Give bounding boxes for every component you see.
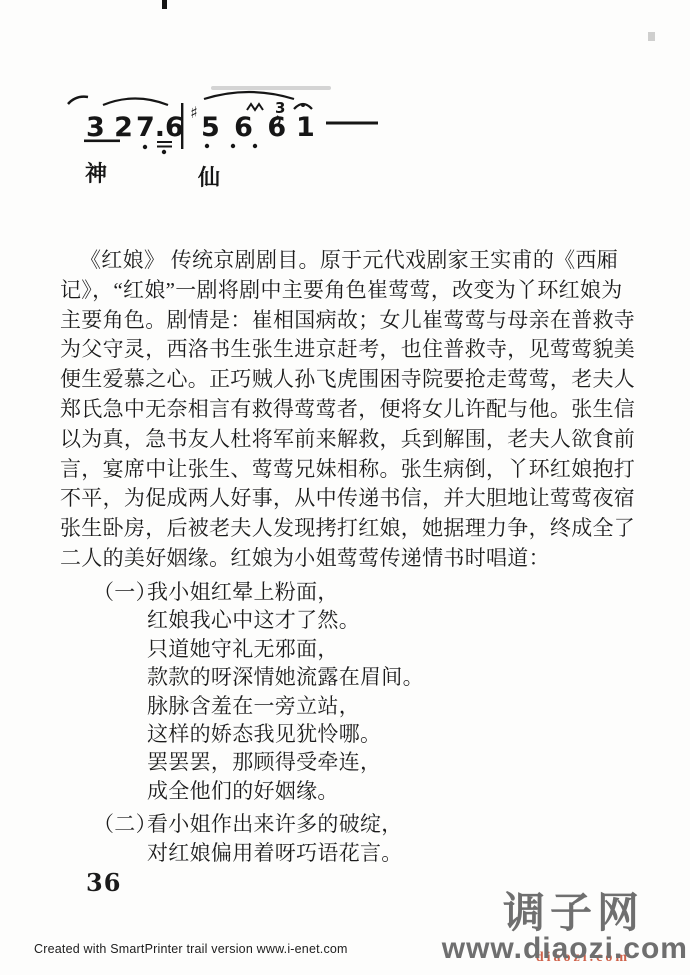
paragraph-line: 二人的美好姻缘。红娘为小姐莺莺传递情书时唱道：: [60, 544, 645, 574]
fermata-dot: [301, 103, 305, 107]
octave-dot: [143, 145, 147, 149]
paragraph-line: 不平，为促成两人好事，从中传递书信，并大胆地让莺莺夜宿: [60, 484, 645, 514]
sharp-sign: ♯: [190, 103, 198, 122]
octave-dot: [205, 144, 209, 148]
paragraph-line: 郑氏急中无奈相言有救得莺莺者，便将女儿许配与他。张生信: [60, 395, 645, 425]
paragraph-line: 主要角色。剧情是：崔相国病故；女儿崔莺莺与母亲在普救寺: [60, 306, 645, 336]
note-group-32: 3 2: [86, 112, 133, 143]
watermark-site-name: 调子网: [503, 880, 644, 940]
jianpu-svg: 3 2 7.6 ♯ 5 6 6 3 1 神 仙: [58, 88, 438, 193]
page-number: 36: [86, 868, 121, 897]
verse-one: （一）我小姐红晕上粉面， 红娘我心中这才了然。 只道她守礼无邪面， 款款的呀深情…: [93, 578, 424, 805]
scan-speck: [648, 32, 655, 41]
octave-dot: [162, 150, 166, 154]
paragraph-line: 为父守灵，西洛书生张生进京赶考，也住普救寺，见莺莺貌美: [60, 335, 645, 365]
scan-speck: [162, 0, 167, 9]
verse-label: （一）: [93, 578, 147, 606]
printer-credit: Created with SmartPrinter trail version …: [34, 942, 348, 956]
grace-note-3: 3: [275, 99, 285, 117]
paragraph-line: 记》，“红娘”一剧将剧中主要角色崔莺莺，改变为丫环红娘为: [60, 276, 645, 306]
lyric-char-xian: 仙: [197, 165, 220, 190]
verse-line: 这样的娇态我见犹怜哪。: [93, 720, 424, 748]
lyric-verses: （一）我小姐红晕上粉面， 红娘我心中这才了然。 只道她守礼无邪面， 款款的呀深情…: [93, 578, 424, 867]
paragraph-line: 《红娘》 传统京剧剧目。原于元代戏剧家王实甫的《西厢: [60, 246, 645, 276]
verse-line: 对红娘偏用着呀巧语花言。: [93, 839, 424, 867]
verse-line: 成全他们的好姻缘。: [93, 777, 424, 805]
tie-in-mark: [68, 97, 88, 104]
scanned-book-page: { "notation": { "measure1_group1": "3 2"…: [0, 0, 690, 975]
verse-two: （二）看小姐作出来许多的破绽， 对红娘偏用着呀巧语花言。: [93, 810, 424, 867]
note-1: 1: [296, 112, 315, 143]
sixteenth-line: [157, 141, 172, 143]
verse-line: 罢罢罢，那顾得受牵连，: [93, 748, 424, 776]
verse-line: 只道她守礼无邪面，: [93, 635, 424, 663]
synopsis-paragraph: 《红娘》 传统京剧剧目。原于元代戏剧家王实甫的《西厢 记》，“红娘”一剧将剧中主…: [60, 246, 645, 574]
duration-dash: [326, 122, 378, 125]
jianpu-notation: 3 2 7.6 ♯ 5 6 6 3 1 神 仙: [58, 88, 438, 193]
verse-line: （二）看小姐作出来许多的破绽，: [93, 810, 424, 838]
verse-text: 我小姐红晕上粉面，: [147, 580, 339, 604]
slur-arc: [103, 99, 168, 106]
octave-dot: [231, 144, 235, 148]
barline: [181, 103, 183, 149]
verse-label: （二）: [93, 810, 147, 838]
paragraph-line: 言，宴席中让张生、莺莺兄妹相称。张生病倒，丫环红娘抱打: [60, 455, 645, 485]
mordent-mark: [247, 104, 263, 110]
paragraph-line: 以为真，急书友人杜将军前来解救，兵到解围，老夫人欲食前: [60, 425, 645, 455]
verse-line: 款款的呀深情她流露在眉间。: [93, 663, 424, 691]
sixteenth-line: [157, 146, 172, 148]
verse-text: 看小姐作出来许多的破绽，: [147, 812, 403, 836]
paragraph-line: 张生卧房，后被老夫人发现拷打红娘，她据理力争，终成全了: [60, 514, 645, 544]
lyric-char-shen: 神: [85, 161, 107, 186]
note-group-76: 7.6: [136, 112, 184, 143]
verse-line: （一）我小姐红晕上粉面，: [93, 578, 424, 606]
verse-line: 脉脉含羞在一旁立站，: [93, 692, 424, 720]
paragraph-line: 便生爱慕之心。正巧贼人孙飞虎围困寺院要抢走莺莺，老夫人: [60, 365, 645, 395]
beam-underline: [84, 140, 120, 143]
octave-dot: [253, 144, 257, 148]
verse-line: 红娘我心中这才了然。: [93, 606, 424, 634]
watermark-site-url: www.diaozi.com: [442, 932, 688, 966]
slur-arc: [204, 92, 294, 99]
